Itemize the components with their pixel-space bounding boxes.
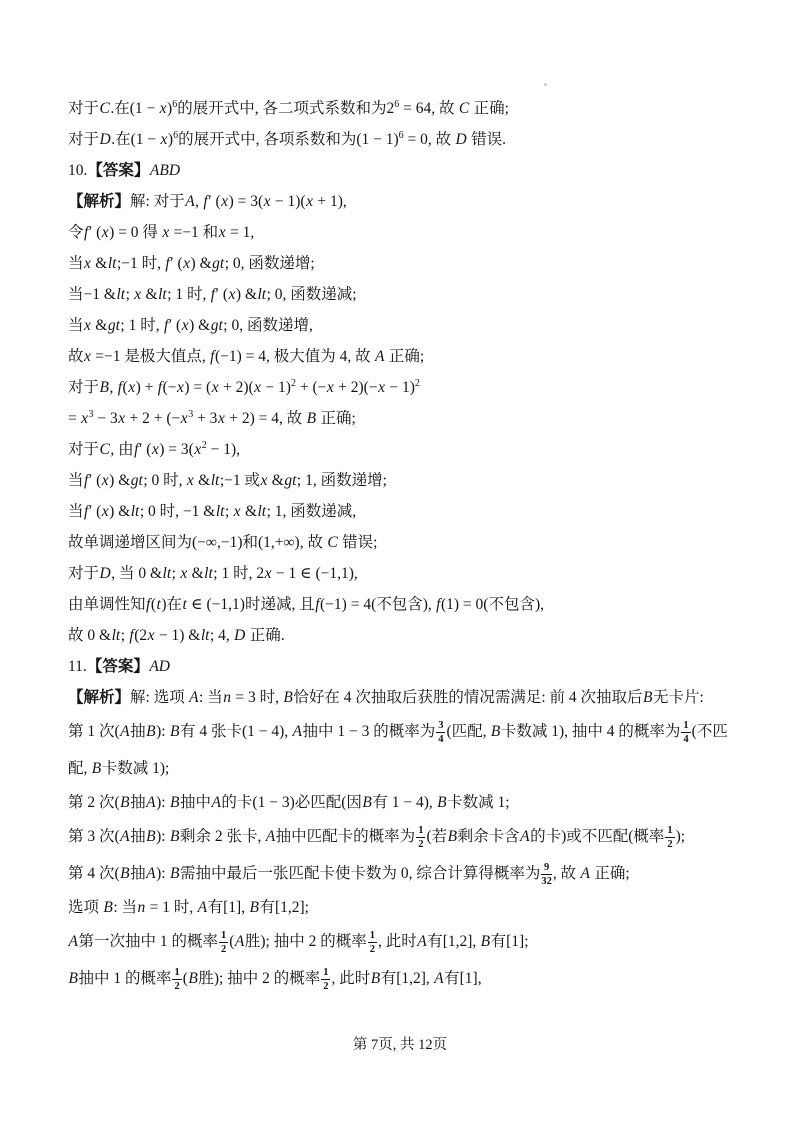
solution-line: 对于D, 当 0 &lt; x &lt; 1 时, 2x − 1 ∈ (−1,1…: [68, 558, 744, 589]
analysis-line: 【解析】解: 选项 A: 当n = 3 时, B恰好在 4 次抽取后获胜的情况需…: [68, 682, 744, 713]
superscript: 2: [291, 378, 296, 389]
label-bold: 【答案】: [87, 162, 149, 179]
solution-line: 第 1 次(A抽B): B有 4 张卡(1 − 4), A抽中 1 − 3 的概…: [68, 713, 744, 787]
solution-line: 当−1 &lt; x &lt; 1 时, f′ (x) &lt; 0, 函数递减…: [68, 279, 744, 310]
label-bold: 【解析】: [68, 689, 130, 706]
solution-line: 故单调递增区间为(−∞,−1)和(1,+∞), 故 C 错误;: [68, 527, 744, 558]
fraction: 12: [415, 825, 426, 850]
solution-line: 当x &gt; 1 时, f′ (x) &gt; 0, 函数递增,: [68, 310, 744, 341]
solution-line: 令f′ (x) = 0 得 x =−1 和x = 1,: [68, 217, 744, 248]
solution-line: 由单调性知f(t)在t ∈ (−1,1)时递减, 且f(−1) = 4(不包含)…: [68, 589, 744, 620]
label-bold: 【解析】: [68, 193, 130, 210]
fraction: 12: [664, 825, 675, 850]
page-footer: 第 7页, 共 12页: [0, 1033, 800, 1054]
superscript: 3: [188, 409, 193, 420]
label-bold: 【答案】: [87, 658, 149, 675]
superscript: 6: [394, 99, 399, 110]
fraction: 12: [320, 967, 331, 992]
solution-line: 对于C, 由f′ (x) = 3(x2 − 1),: [68, 434, 744, 465]
scan-artifact-dot: [544, 83, 547, 86]
solution-line: 当f′ (x) &gt; 0 时, x &lt;−1 或x &gt; 1, 函数…: [68, 465, 744, 496]
fraction: 12: [218, 930, 229, 955]
solution-line: B抽中 1 的概率12(B胜); 抽中 2 的概率12, 此时B有[1,2], …: [68, 960, 744, 997]
fraction: 34: [435, 720, 446, 745]
fraction: 14: [680, 720, 691, 745]
superscript: 2: [415, 378, 420, 389]
analysis-line: 【解析】解: 对于A, f′ (x) = 3(x − 1)(x + 1),: [68, 186, 744, 217]
superscript: 6: [172, 99, 177, 110]
solution-line-d: 对于D.在(1 − x)6的展开式中, 各项系数和为(1 − 1)6 = 0, …: [68, 124, 744, 155]
solution-line: 对于B, f(x) + f(−x) = (x + 2)(x − 1)2 + (−…: [68, 372, 744, 403]
superscript: 6: [399, 130, 404, 141]
document-body: 对于C.在(1 − x)6的展开式中, 各二项式系数和为26 = 64, 故 C…: [68, 93, 744, 997]
solution-line: 当x &lt;−1 时, f′ (x) &gt; 0, 函数递增;: [68, 248, 744, 279]
superscript: 2: [202, 440, 207, 451]
answer-line-10: 10.【答案】ABD: [68, 155, 744, 186]
solution-line: A第一次抽中 1 的概率12(A胜); 抽中 2 的概率12, 此时A有[1,2…: [68, 923, 744, 960]
solution-line: 故x =−1 是极大值点, f(−1) = 4, 极大值为 4, 故 A 正确;: [68, 341, 744, 372]
solution-line: = x3 − 3x + 2 + (−x3 + 3x + 2) = 4, 故 B …: [68, 403, 744, 434]
solution-line: 第 2 次(B抽A): B抽中A的卡(1 − 3)必匹配(因B有 1 − 4),…: [68, 787, 744, 818]
solution-line: 第 4 次(B抽A): B需抽中最后一张匹配卡使卡数为 0, 综合计算得概率为9…: [68, 855, 744, 892]
solution-line: 当f′ (x) &lt; 0 时, −1 &lt; x &lt; 1, 函数递减…: [68, 496, 744, 527]
fraction: 12: [171, 967, 182, 992]
solution-line: 故 0 &lt; f(2x − 1) &lt; 4, D 正确.: [68, 620, 744, 651]
answer-line-11: 11.【答案】AD: [68, 651, 744, 682]
solution-line: 第 3 次(A抽B): B剩余 2 张卡, A抽中匹配卡的概率为12(若B剩余卡…: [68, 818, 744, 855]
superscript: 3: [89, 409, 94, 420]
fraction: 12: [367, 930, 378, 955]
solution-line: 选项 B: 当n = 1 时, A有[1], B有[1,2];: [68, 892, 744, 923]
solution-line-c: 对于C.在(1 − x)6的展开式中, 各二项式系数和为26 = 64, 故 C…: [68, 93, 744, 124]
superscript: 6: [173, 130, 178, 141]
document-page: 对于C.在(1 − x)6的展开式中, 各二项式系数和为26 = 64, 故 C…: [0, 0, 800, 1132]
fraction: 932: [540, 862, 553, 887]
